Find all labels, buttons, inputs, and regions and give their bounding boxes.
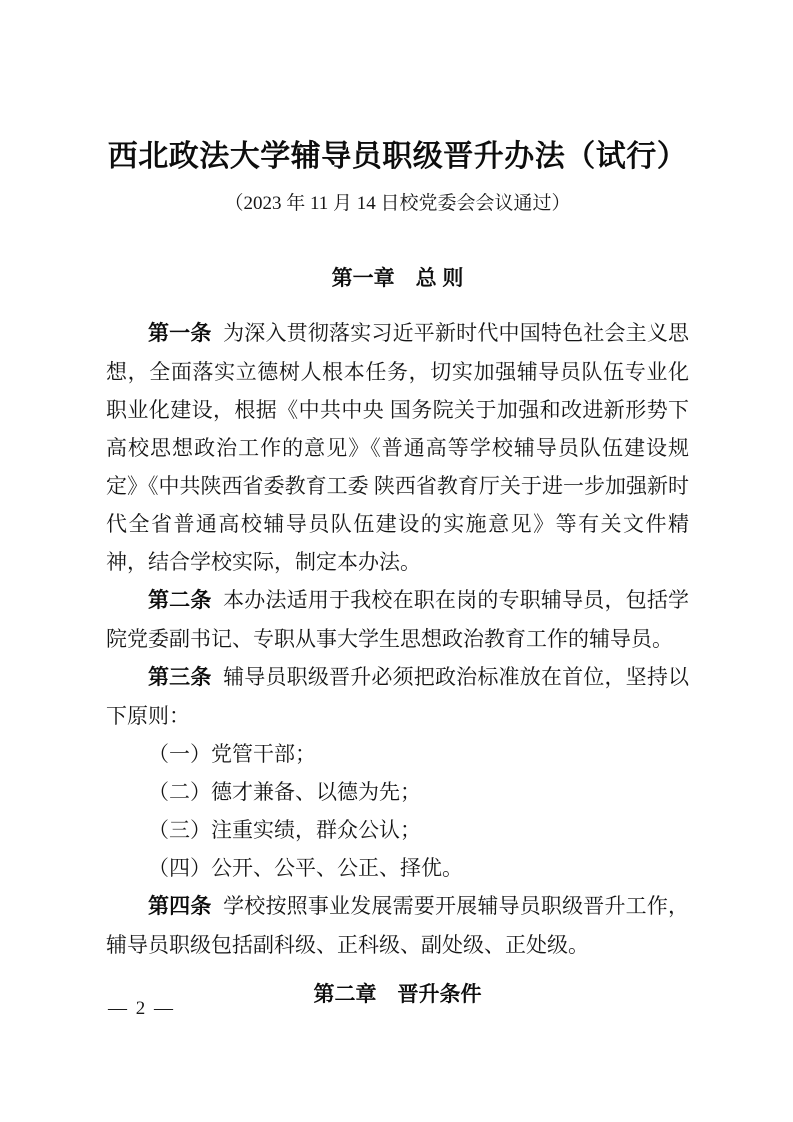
- article-3-label: 第三条: [148, 666, 212, 689]
- principle-item-4: （四）公开、公平、公正、择优。: [106, 849, 689, 887]
- article-1-paragraph: 第一条为深入贯彻落实习近平新时代中国特色社会主义思想，全面落实立德树人根本任务，…: [106, 314, 689, 581]
- chapter-1-body: 第一条为深入贯彻落实习近平新时代中国特色社会主义思想，全面落实立德树人根本任务，…: [106, 314, 689, 964]
- document-subtitle: （2023 年 11 月 14 日校党委会会议通过）: [106, 190, 689, 218]
- principle-item-3: （三）注重实绩，群众公认；: [106, 811, 689, 849]
- article-1-label: 第一条: [148, 322, 212, 345]
- page-number: — 2 —: [108, 998, 175, 1020]
- document-title: 西北政法大学辅导员职级晋升办法（试行）: [106, 136, 689, 178]
- document-page: 西北政法大学辅导员职级晋升办法（试行） （2023 年 11 月 14 日校党委…: [0, 0, 793, 1122]
- principle-item-1: （一）党管干部；: [106, 735, 689, 773]
- article-2-label: 第二条: [148, 589, 212, 612]
- article-4-label: 第四条: [148, 895, 212, 918]
- article-3-paragraph: 第三条辅导员职级晋升必须把政治标准放在首位，坚持以下原则：: [106, 658, 689, 735]
- principle-item-2: （二）德才兼备、以德为先；: [106, 773, 689, 811]
- chapter-1-heading: 第一章 总 则: [106, 264, 689, 294]
- article-1-text: 为深入贯彻落实习近平新时代中国特色社会主义思想，全面落实立德树人根本任务，切实加…: [106, 321, 689, 574]
- article-4-paragraph: 第四条学校按照事业发展需要开展辅导员职级晋升工作，辅导员职级包括副科级、正科级、…: [106, 887, 689, 964]
- article-2-paragraph: 第二条本办法适用于我校在职在岗的专职辅导员，包括学院党委副书记、专职从事大学生思…: [106, 581, 689, 658]
- chapter-2-heading: 第二章 晋升条件: [106, 980, 689, 1010]
